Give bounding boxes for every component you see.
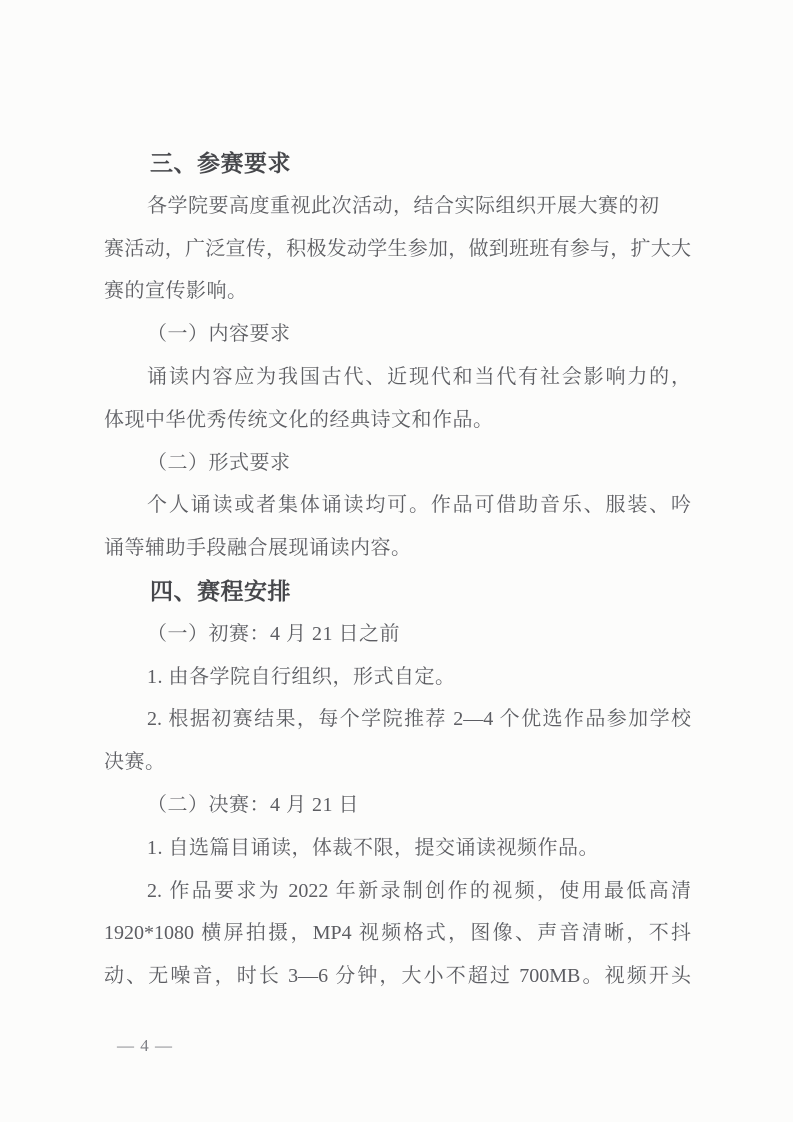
body-text-line: 个人诵读或者集体诵读均可。作品可借助音乐、服装、吟 (104, 484, 691, 527)
body-text-line: 诵读内容应为我国古代、近现代和当代有社会影响力的， (104, 356, 691, 399)
subsection-heading-final: （二）决赛：4 月 21 日 (104, 784, 691, 827)
body-text-line: 2. 作品要求为 2022 年新录制创作的视频，使用最低高清 (104, 870, 691, 913)
body-text-line: 各学院要高度重视此次活动，结合实际组织开展大赛的初 (104, 185, 691, 228)
body-text-line: 1. 自选篇目诵读，体裁不限，提交诵读视频作品。 (104, 827, 691, 870)
body-text-line: 动、无噪音，时长 3—6 分钟，大小不超过 700MB。视频开头 (104, 955, 691, 998)
section-4-heading: 四、赛程安排 (104, 570, 691, 613)
subsection-heading-form-requirement: （二）形式要求 (104, 442, 691, 485)
subsection-heading-content-requirement: （一）内容要求 (104, 313, 691, 356)
body-text-line: 1920*1080 横屏拍摄，MP4 视频格式，图像、声音清晰，不抖 (104, 912, 691, 955)
subsection-heading-preliminary: （一）初赛：4 月 21 日之前 (104, 613, 691, 656)
body-text-line: 体现中华优秀传统文化的经典诗文和作品。 (104, 399, 691, 442)
body-text-line: 赛的宣传影响。 (104, 270, 691, 313)
body-text-line: 1. 由各学院自行组织，形式自定。 (104, 656, 691, 699)
body-text-line: 赛活动，广泛宣传，积极发动学生参加，做到班班有参与，扩大大 (104, 228, 691, 271)
body-text-line: 决赛。 (104, 741, 691, 784)
section-3-heading: 三、参赛要求 (104, 142, 691, 185)
body-text-line: 2. 根据初赛结果，每个学院推荐 2—4 个优选作品参加学校 (104, 698, 691, 741)
document-content: 三、参赛要求 各学院要高度重视此次活动，结合实际组织开展大赛的初 赛活动，广泛宣… (104, 142, 691, 998)
body-text-line: 诵等辅助手段融合展现诵读内容。 (104, 527, 691, 570)
document-page: 三、参赛要求 各学院要高度重视此次活动，结合实际组织开展大赛的初 赛活动，广泛宣… (0, 0, 793, 1122)
page-number: — 4 — (117, 1036, 173, 1056)
